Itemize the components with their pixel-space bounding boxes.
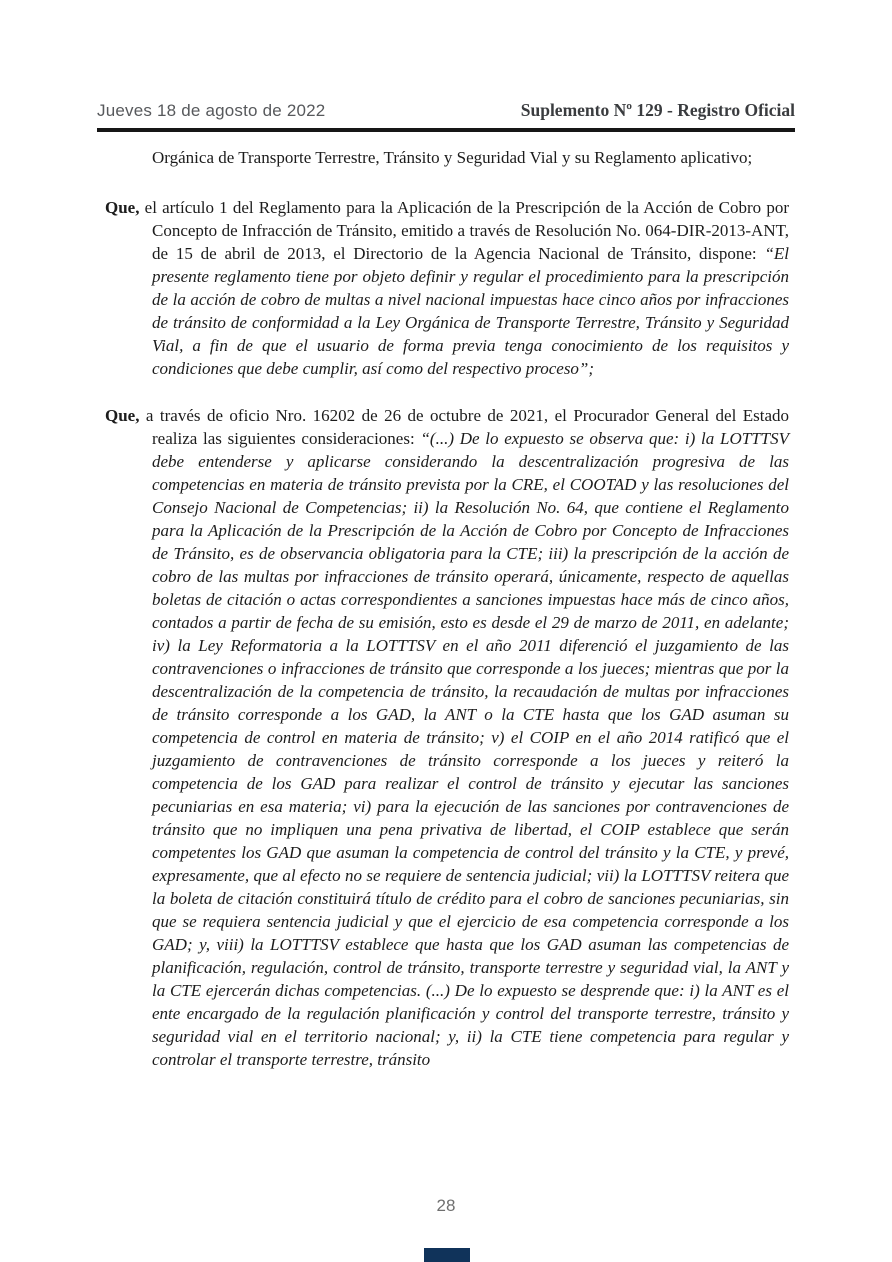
header-publication: Suplemento Nº 129 - Registro Oficial: [521, 100, 795, 121]
que-paragraph-2-quote: “(...) De lo expuesto se observa que: i)…: [152, 429, 789, 1069]
footer-accent-bar: [424, 1248, 470, 1262]
header-date: Jueves 18 de agosto de 2022: [97, 101, 325, 121]
continuation-paragraph: Orgánica de Transporte Terrestre, Tránsi…: [152, 146, 789, 169]
document-page: Jueves 18 de agosto de 2022 Suplemento N…: [0, 0, 892, 1262]
que-paragraph-1: Que, el artículo 1 del Reglamento para l…: [105, 196, 789, 380]
document-body: Orgánica de Transporte Terrestre, Tránsi…: [105, 146, 789, 1095]
que-paragraph-2: Que, a través de oficio Nro. 16202 de 26…: [105, 404, 789, 1071]
que-paragraph-1-quote: “El presente reglamento tiene por objeto…: [152, 244, 789, 378]
que-paragraph-1-lead: el artículo 1 del Reglamento para la Apl…: [139, 198, 789, 263]
page-number: 28: [0, 1196, 892, 1216]
page-header: Jueves 18 de agosto de 2022 Suplemento N…: [97, 100, 795, 132]
que-label: Que,: [105, 198, 139, 217]
que-label: Que,: [105, 406, 139, 425]
